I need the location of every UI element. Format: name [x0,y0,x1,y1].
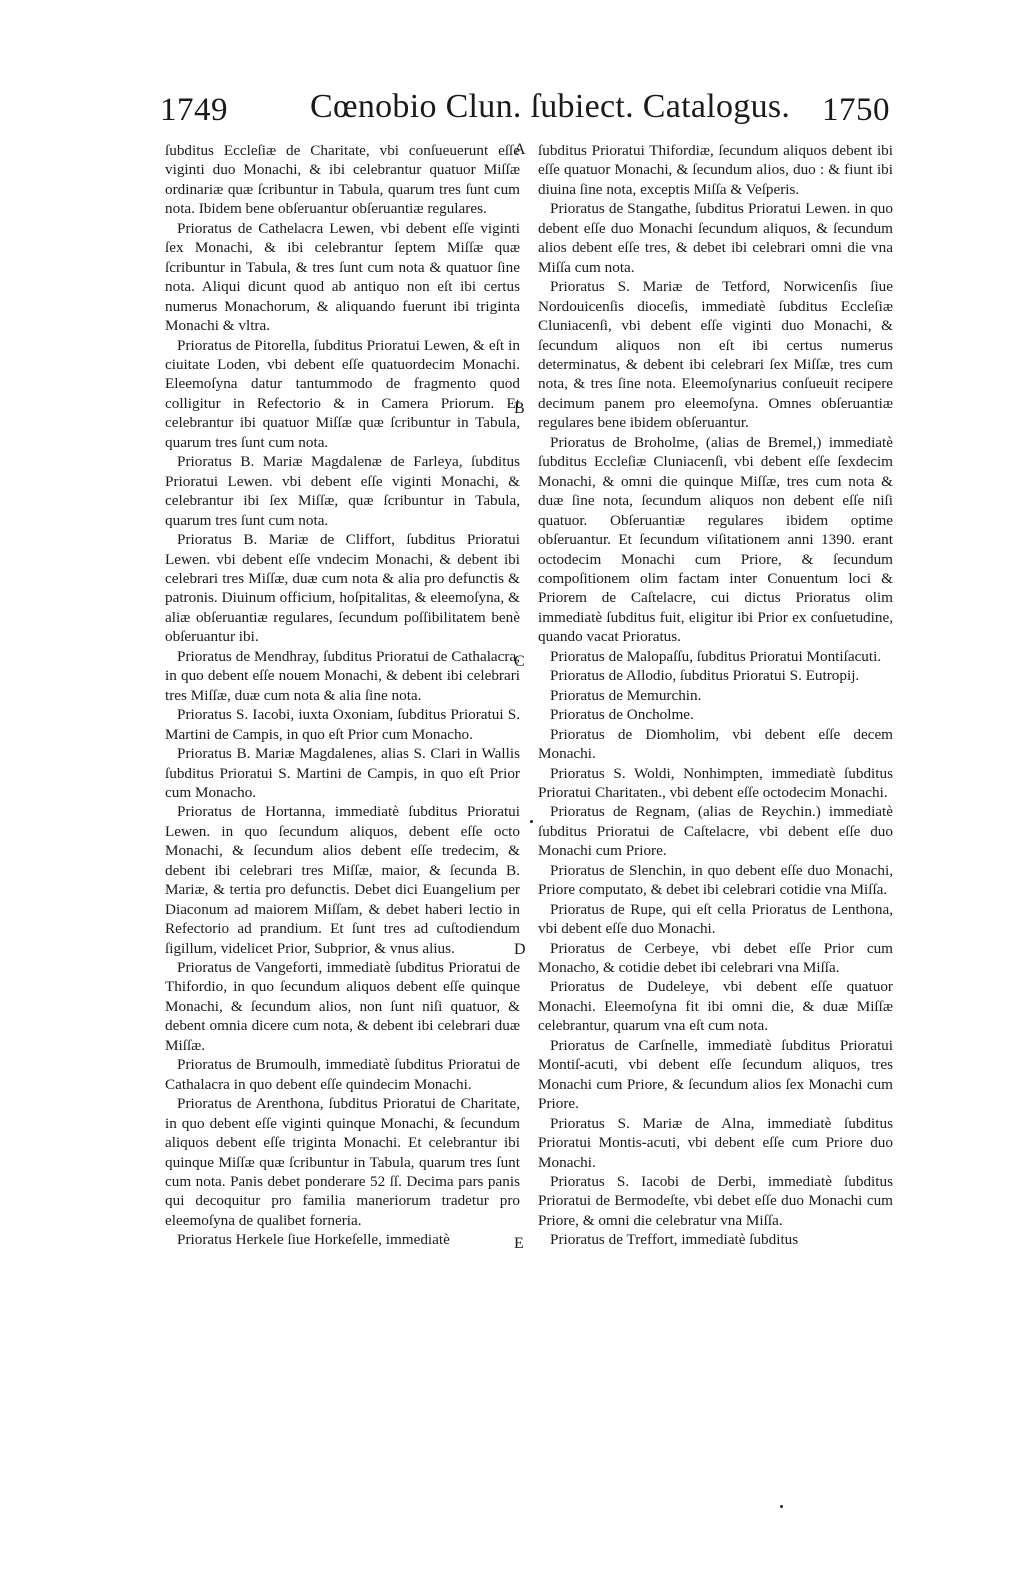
paragraph: Prioratus B. Mariæ Magdalenæ de Farleya,… [165,452,520,530]
paragraph: Prioratus de Stangathe, ſubditus Priorat… [538,199,893,277]
paragraph: Prioratus de Cerbeye, vbi debet eſſe Pri… [538,939,893,978]
paragraph: Prioratus de Malopaſſu, ſubditus Priorat… [538,647,893,666]
paragraph: Prioratus S. Mariæ de Alna, immediatè ſu… [538,1114,893,1172]
left-column: ſubditus Eccleſiæ de Charitate, vbi conſ… [165,141,520,1250]
paragraph: Prioratus S. Mariæ de Tetford, Norwicenſ… [538,277,893,433]
paragraph: Prioratus S. Iacobi de Derbi, immediatè … [538,1172,893,1230]
scan-speck [530,820,533,823]
paragraph: Prioratus de Pitorella, ſubditus Priorat… [165,336,520,453]
paragraph: Prioratus de Slenchin, in quo debent eſſ… [538,861,893,900]
page-number-right: 1750 [822,92,890,129]
paragraph: Prioratus de Arenthona, ſubditus Priorat… [165,1094,520,1230]
paragraph: Prioratus de Rupe, qui eſt cella Priorat… [538,900,893,939]
paragraph: Prioratus S. Iacobi, iuxta Oxoniam, ſubd… [165,705,520,744]
paragraph: Prioratus de Regnam, (alias de Reychin.)… [538,802,893,860]
paragraph: Prioratus de Diomholim, vbi debent eſſe … [538,725,893,764]
right-column: ſubditus Prioratui Thifordiæ, ſecundum a… [538,141,893,1250]
paragraph: ſubditus Prioratui Thifordiæ, ſecundum a… [538,141,893,199]
scan-speck [780,1505,783,1508]
paragraph: Prioratus Herkele ſiue Horkeſelle, immed… [165,1230,520,1249]
paragraph: Prioratus S. Woldi, Nonhimpten, immediat… [538,764,893,803]
paragraph: Prioratus de Broholme, (alias de Bremel,… [538,433,893,647]
paragraph: Prioratus de Mendhray, ſubditus Prioratu… [165,647,520,705]
paragraph: Prioratus de Carſnelle, immediatè ſubdit… [538,1036,893,1114]
paragraph: Prioratus de Memurchin. [538,686,893,705]
paragraph: Prioratus de Allodio, ſubditus Prioratui… [538,666,893,685]
paragraph: Prioratus de Dudeleye, vbi debent eſſe q… [538,977,893,1035]
paragraph: Prioratus B. Mariæ de Cliffort, ſubditus… [165,530,520,647]
paragraph: Prioratus de Vangeforti, immediatè ſubdi… [165,958,520,1055]
paragraph: Prioratus de Treffort, immediatè ſubditu… [538,1230,893,1249]
running-head: 1749 Cœnobio Clun. ſubiect. Catalogus. 1… [160,88,890,138]
page-number-left: 1749 [160,92,228,129]
paragraph: Prioratus de Cathelacra Lewen, vbi deben… [165,219,520,336]
running-title: Cœnobio Clun. ſubiect. Catalogus. [310,88,790,126]
paragraph: Prioratus de Oncholme. [538,705,893,724]
paragraph: Prioratus de Brumoulh, immediatè ſubditu… [165,1055,520,1094]
paragraph: Prioratus de Hortanna, immediatè ſubditu… [165,802,520,958]
scanned-page: 1749 Cœnobio Clun. ſubiect. Catalogus. 1… [0,0,1024,1572]
paragraph: Prioratus B. Mariæ Magdalenes, alias S. … [165,744,520,802]
paragraph: ſubditus Eccleſiæ de Charitate, vbi conſ… [165,141,520,219]
